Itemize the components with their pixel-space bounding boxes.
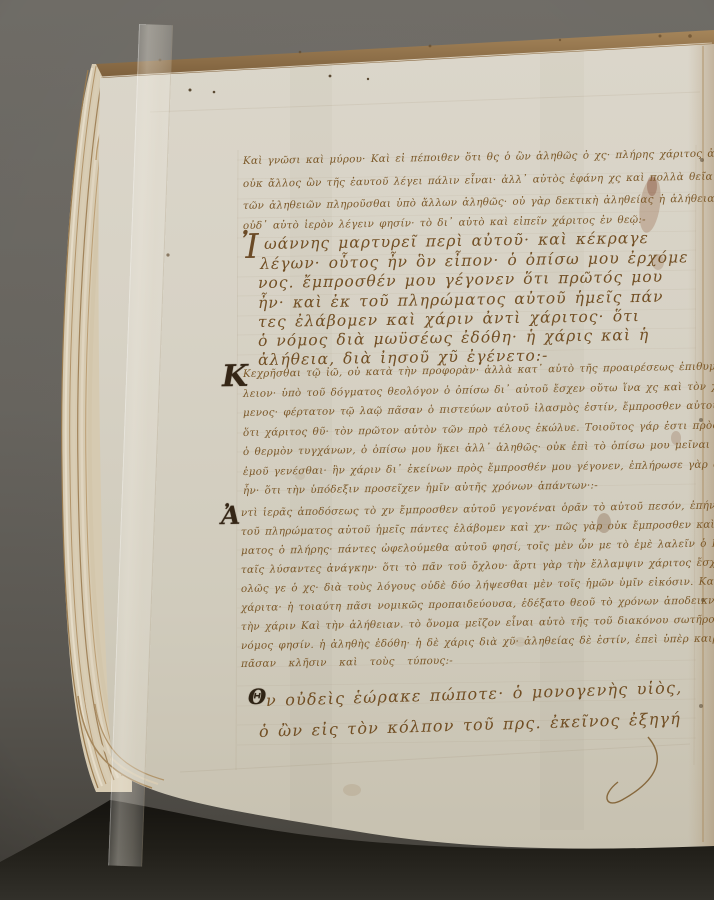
initial-iota: Ἰ	[241, 230, 259, 264]
manuscript-photo: Καὶ γνῶσι καὶ μύρου· Καὶ εἰ πέποιθεν ὅτι…	[0, 0, 714, 900]
initial-alpha: Ἀ	[221, 503, 241, 528]
initial-theta: Θ	[248, 686, 267, 707]
